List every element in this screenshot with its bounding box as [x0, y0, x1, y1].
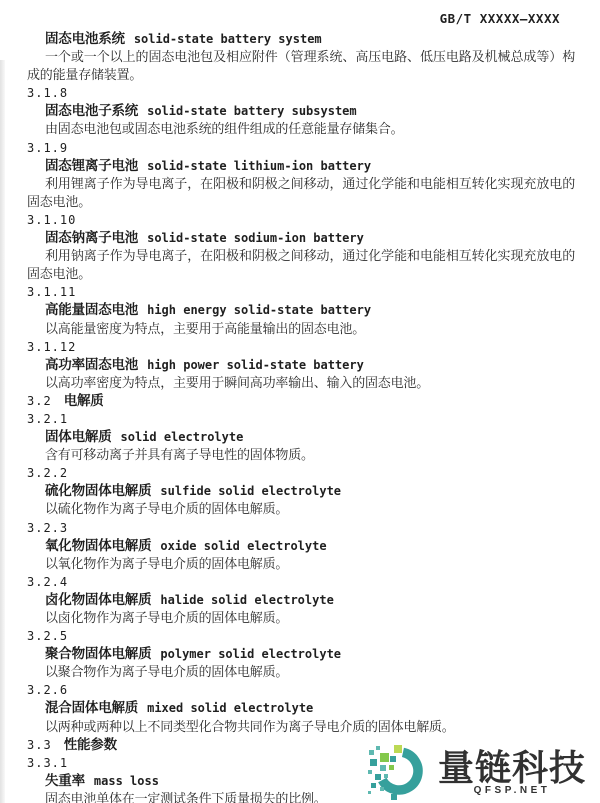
term-english: polymer solid electrolyte: [160, 647, 341, 661]
clause-number: 3.2.5: [27, 627, 575, 645]
term-english: mass loss: [94, 774, 159, 788]
clause-number: 3.2.2: [27, 464, 575, 482]
term-chinese: 聚合物固体电解质: [45, 646, 151, 661]
term-line: 固态电池子系统solid-state battery subsystem: [27, 102, 575, 120]
term-line: 固态钠离子电池solid-state sodium-ion battery: [27, 229, 575, 247]
term-english: high energy solid-state battery: [147, 303, 371, 317]
term-english: oxide solid electrolyte: [160, 539, 326, 553]
section-number: 3.2: [27, 394, 52, 408]
terms-and-definitions-content: 固态电池系统solid-state battery system一个或一个以上的…: [27, 30, 575, 803]
clause-number: 3.2.1: [27, 410, 575, 428]
term-chinese: 高能量固态电池: [45, 302, 138, 317]
term-english: solid electrolyte: [121, 430, 244, 444]
definition-text: 由固态电池包或固态电池系统的组件组成的任意能量存储集合。: [27, 120, 575, 138]
term-chinese: 氧化物固体电解质: [45, 538, 151, 553]
term-line: 氧化物固体电解质oxide solid electrolyte: [27, 537, 575, 555]
definition-text: 含有可移动离子并具有离子导电性的固体物质。: [27, 446, 575, 464]
term-english: solid-state battery subsystem: [147, 104, 357, 118]
definition-text: 以硫化物作为离子导电介质的固体电解质。: [27, 500, 575, 518]
section-title: 性能参数: [64, 737, 117, 752]
term-chinese: 硫化物固体电解质: [45, 483, 151, 498]
term-chinese: 固体电解质: [45, 429, 112, 444]
definition-text: 以氧化物作为离子导电介质的固体电解质。: [27, 555, 575, 573]
watermark-brand-text: 量链科技: [438, 749, 586, 787]
term-line: 聚合物固体电解质polymer solid electrolyte: [27, 645, 575, 663]
term-chinese: 失重率: [45, 773, 85, 788]
term-chinese: 固态电池子系统: [45, 103, 138, 118]
section-title: 电解质: [64, 393, 104, 408]
watermark-logo-icon: [368, 745, 426, 801]
term-line: 固态电池系统solid-state battery system: [27, 30, 575, 48]
clause-number: 3.1.9: [27, 139, 575, 157]
standard-code-header: GB/T XXXXX—XXXX: [440, 11, 560, 26]
term-english: halide solid electrolyte: [160, 593, 333, 607]
term-chinese: 固态钠离子电池: [45, 230, 138, 245]
definition-text: 以两种或两种以上不同类型化合物共同作为离子导电介质的固体电解质。: [27, 718, 575, 736]
term-english: sulfide solid electrolyte: [160, 484, 341, 498]
term-english: solid-state battery system: [134, 32, 322, 46]
definition-text: 以卤化物作为离子导电介质的固体电解质。: [27, 609, 575, 627]
watermark: 量链科技 QFSP.NET: [368, 744, 596, 801]
definition-text: 利用钠离子作为导电离子，在阳极和阴极之间移动，通过化学能和电能相互转化实现充放电…: [27, 247, 575, 283]
definition-text: 以高能量密度为特点，主要用于高能量输出的固态电池。: [27, 320, 575, 338]
definition-text: 利用锂离子作为导电离子，在阳极和阴极之间移动，通过化学能和电能相互转化实现充放电…: [27, 175, 575, 211]
term-line: 卤化物固体电解质halide solid electrolyte: [27, 591, 575, 609]
clause-number: 3.1.10: [27, 211, 575, 229]
term-chinese: 固态锂离子电池: [45, 158, 138, 173]
term-line: 高功率固态电池high power solid-state battery: [27, 356, 575, 374]
clause-number: 3.1.12: [27, 338, 575, 356]
scan-edge-shadow: [0, 60, 5, 803]
term-line: 固态锂离子电池solid-state lithium-ion battery: [27, 157, 575, 175]
term-line: 硫化物固体电解质sulfide solid electrolyte: [27, 482, 575, 500]
clause-number: 3.2.3: [27, 519, 575, 537]
term-chinese: 固态电池系统: [45, 31, 125, 46]
definition-text: 以高功率密度为特点，主要用于瞬间高功率输出、输入的固态电池。: [27, 374, 575, 392]
term-line: 高能量固态电池high energy solid-state battery: [27, 301, 575, 319]
term-english: solid-state sodium-ion battery: [147, 231, 364, 245]
definition-text: 一个或一个以上的固态电池包及相应附件（管理系统、高压电路、低压电路及机械总成等）…: [27, 48, 575, 84]
clause-number: 3.2.4: [27, 573, 575, 591]
section-number: 3.3: [27, 738, 52, 752]
term-chinese: 卤化物固体电解质: [45, 592, 151, 607]
clause-number: 3.1.11: [27, 283, 575, 301]
watermark-text-block: 量链科技 QFSP.NET: [428, 749, 596, 796]
watermark-domain-text: QFSP.NET: [474, 785, 551, 796]
term-line: 固体电解质solid electrolyte: [27, 428, 575, 446]
section-heading: 3.2电解质: [27, 392, 575, 410]
term-english: high power solid-state battery: [147, 358, 364, 372]
definition-text: 以聚合物作为离子导电介质的固体电解质。: [27, 663, 575, 681]
clause-number: 3.1.8: [27, 84, 575, 102]
term-english: solid-state lithium-ion battery: [147, 159, 371, 173]
term-chinese: 混合固体电解质: [45, 700, 138, 715]
document-page: GB/T XXXXX—XXXX 固态电池系统solid-state batter…: [0, 0, 600, 803]
term-chinese: 高功率固态电池: [45, 357, 138, 372]
term-line: 混合固体电解质mixed solid electrolyte: [27, 699, 575, 717]
clause-number: 3.2.6: [27, 681, 575, 699]
term-english: mixed solid electrolyte: [147, 701, 313, 715]
